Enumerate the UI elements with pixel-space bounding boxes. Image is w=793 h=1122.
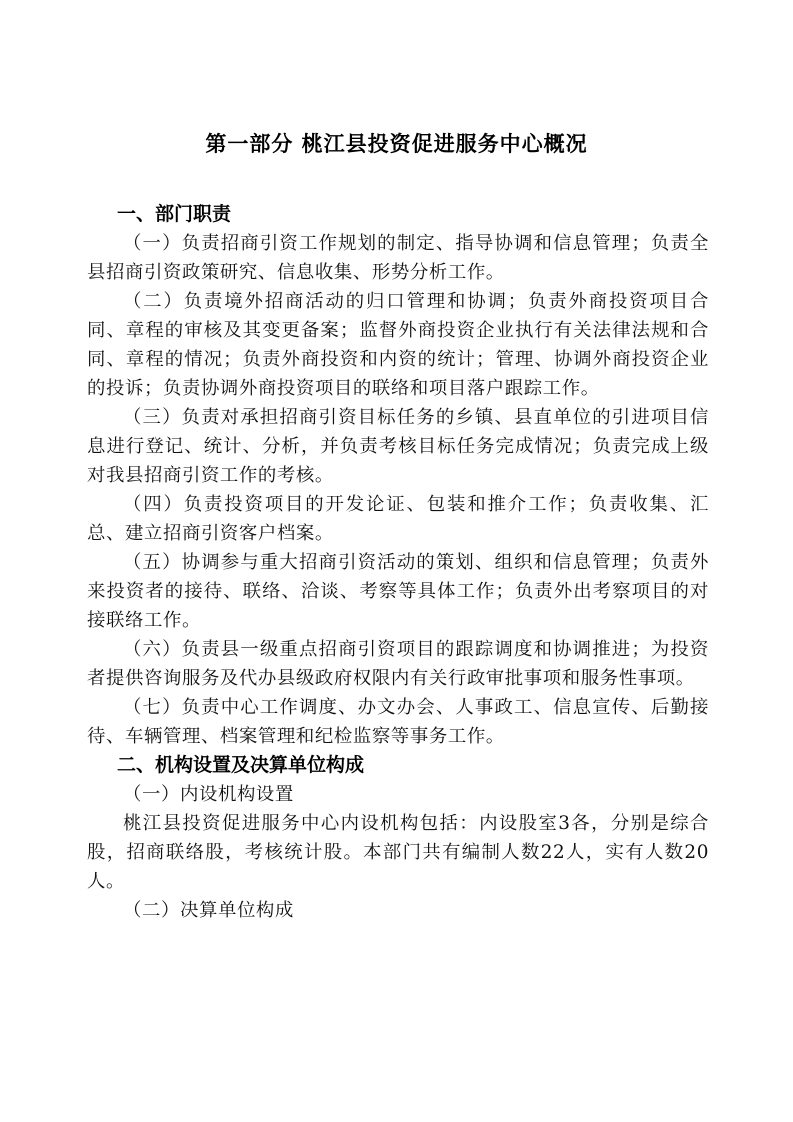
duty-paragraph-4: （四）负责投资项目的开发论证、包装和推介工作；负责收集、汇总、建立招商引资客户档… (87, 490, 709, 548)
duty-paragraph-6: （六）负责县一级重点招商引资项目的跟踪调度和协调推进；为投资者提供咨询服务及代办… (87, 635, 709, 693)
subsection-heading-internal-units: （一）内设机构设置 (87, 780, 709, 809)
duty-paragraph-1: （一）负责招商引资工作规划的制定、指导协调和信息管理；负责全县招商引资政策研究、… (87, 229, 709, 287)
subsection-heading-budget-units: （二）决算单位构成 (87, 896, 709, 925)
section-heading-duties: 一、部门职责 (87, 200, 709, 229)
internal-units-paragraph: 桃江县投资促进服务中心内设机构包括：内设股室3各，分别是综合股，招商联络股，考核… (87, 809, 709, 896)
document-page: 第一部分 桃江县投资促进服务中心概况 一、部门职责 （一）负责招商引资工作规划的… (0, 0, 793, 1122)
page-title: 第一部分 桃江县投资促进服务中心概况 (0, 128, 793, 158)
duty-paragraph-2: （二）负责境外招商活动的归口管理和协调；负责外商投资项目合同、章程的审核及其变更… (87, 287, 709, 403)
duty-paragraph-7: （七）负责中心工作调度、办文办会、人事政工、信息宣传、后勤接待、车辆管理、档案管… (87, 693, 709, 751)
duty-paragraph-3: （三）负责对承担招商引资目标任务的乡镇、县直单位的引进项目信息进行登记、统计、分… (87, 403, 709, 490)
document-body: 一、部门职责 （一）负责招商引资工作规划的制定、指导协调和信息管理；负责全县招商… (87, 200, 709, 925)
duty-paragraph-5: （五）协调参与重大招商引资活动的策划、组织和信息管理；负责外来投资者的接待、联络… (87, 548, 709, 635)
section-heading-structure: 二、机构设置及决算单位构成 (87, 751, 709, 780)
